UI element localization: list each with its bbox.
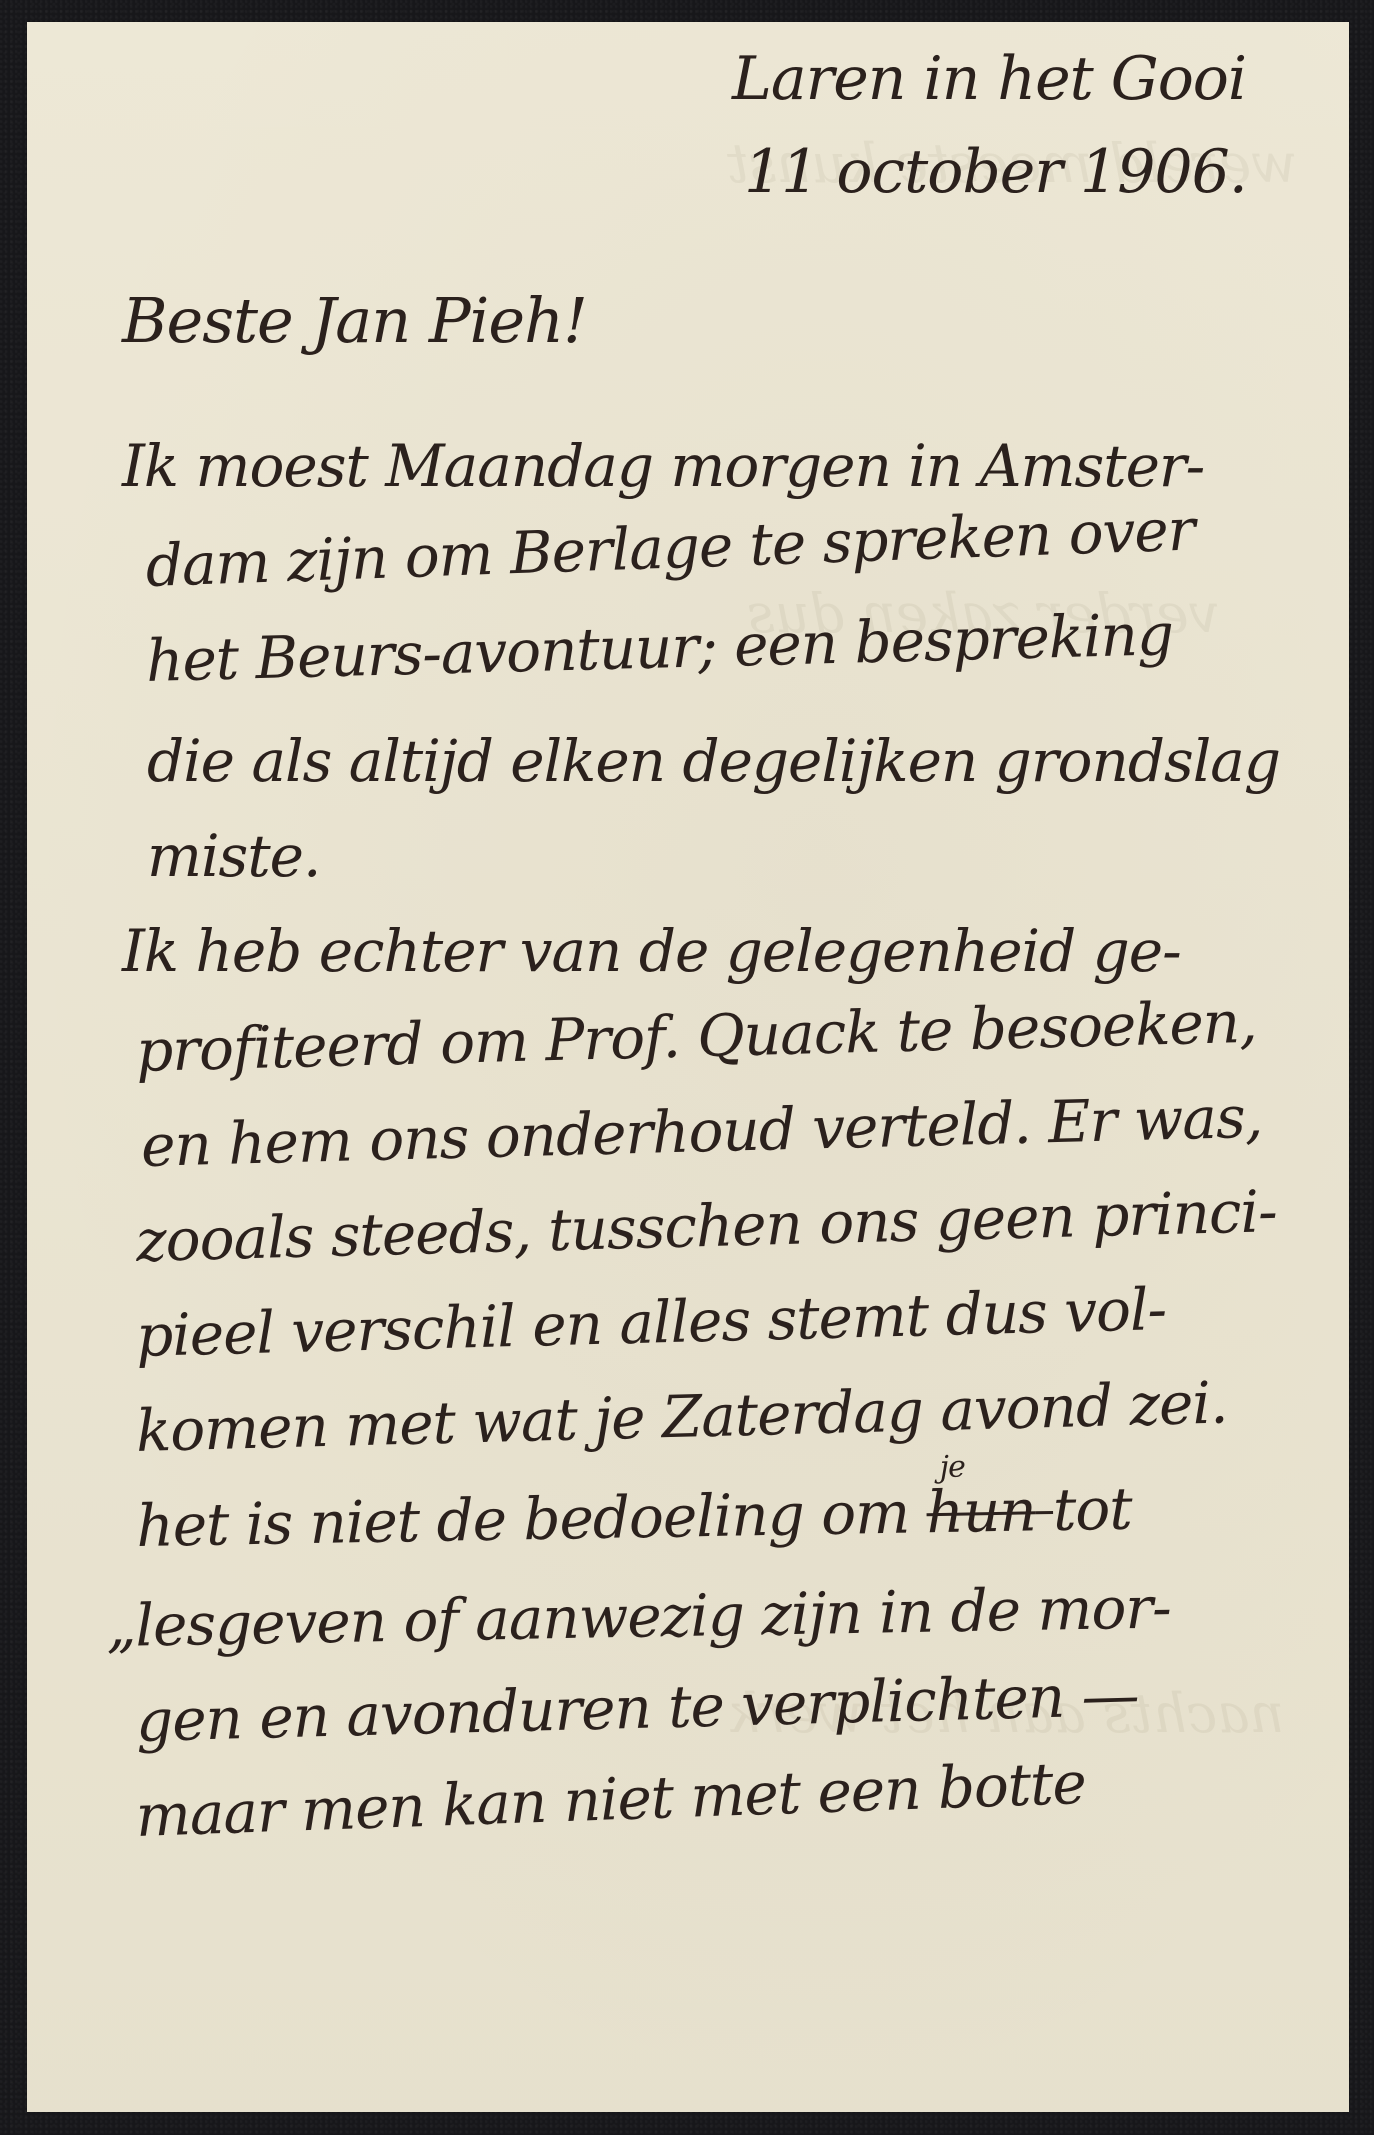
- letter-line: Ik moest Maandag morgen in Amster-: [122, 432, 1204, 500]
- letter-line: komen met wat je Zaterdag avond zei.: [135, 1368, 1228, 1465]
- letter-salutation: Beste Jan Pieh!: [122, 284, 587, 357]
- letter-line: miste.: [147, 822, 320, 890]
- letter-line: maar men kan niet met een botte: [135, 1749, 1087, 1850]
- letter-line: Ik heb echter van de gelegenheid ge-: [122, 917, 1181, 985]
- letter-line: pieel verschil en alles stemt dus vol-: [135, 1275, 1167, 1370]
- letter-line: het Beurs-avontuur; een bespreking: [145, 600, 1174, 695]
- letter-line: profiteerd om Prof. Quack te besoeken,: [135, 988, 1257, 1085]
- letter-place: Laren in het Gooi: [732, 44, 1246, 114]
- letter-line-with-correction: het is niet de bedoeling om hun je tot: [136, 1475, 1132, 1560]
- letter-date: 11 october 1906.: [744, 137, 1247, 207]
- struck-word: hun je: [926, 1476, 1054, 1546]
- letter-line: zooals steeds, tusschen ons geen princi-: [135, 1177, 1277, 1275]
- inserted-word: je: [939, 1450, 965, 1485]
- letter-line: die als altijd elken degelijken grondsla…: [147, 727, 1280, 795]
- letter-line: en hem ons onderhoud verteld. Er was,: [140, 1083, 1263, 1180]
- following-word: tot: [1052, 1475, 1132, 1544]
- letter-page: wereld meeste kunst verder zaken dus nac…: [27, 22, 1349, 2112]
- letter-line: „lesgeven of aanwezig zijn in de mor-: [106, 1573, 1171, 1660]
- letter-line-text: het is niet de bedoeling om: [136, 1479, 910, 1560]
